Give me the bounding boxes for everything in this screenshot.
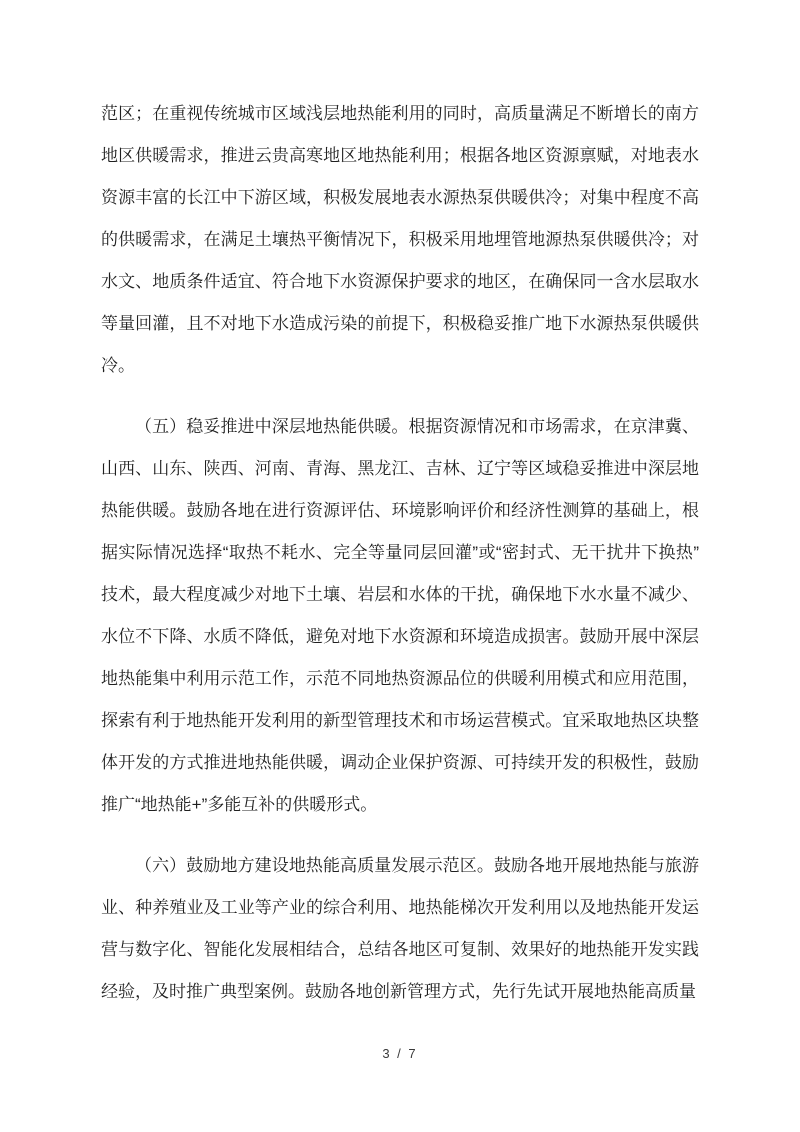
page-number: 3 / 7	[0, 1044, 800, 1064]
document-page: 范区；在重视传统城市区域浅层地热能利用的同时，高质量满足不断增长的南方地区供暖需…	[0, 0, 800, 1132]
paragraph-section-5: （五）稳妥推进中深层地热能供暖。根据资源情况和市场需求，在京津冀、山西、山东、陕…	[101, 406, 699, 826]
paragraph-continuation: 范区；在重视传统城市区域浅层地热能利用的同时，高质量满足不断增长的南方地区供暖需…	[101, 93, 699, 387]
document-body: 范区；在重视传统城市区域浅层地热能利用的同时，高质量满足不断增长的南方地区供暖需…	[101, 93, 699, 1013]
paragraph-section-6: （六）鼓励地方建设地热能高质量发展示范区。鼓励各地开展地热能与旅游业、种养殖业及…	[101, 845, 699, 1013]
